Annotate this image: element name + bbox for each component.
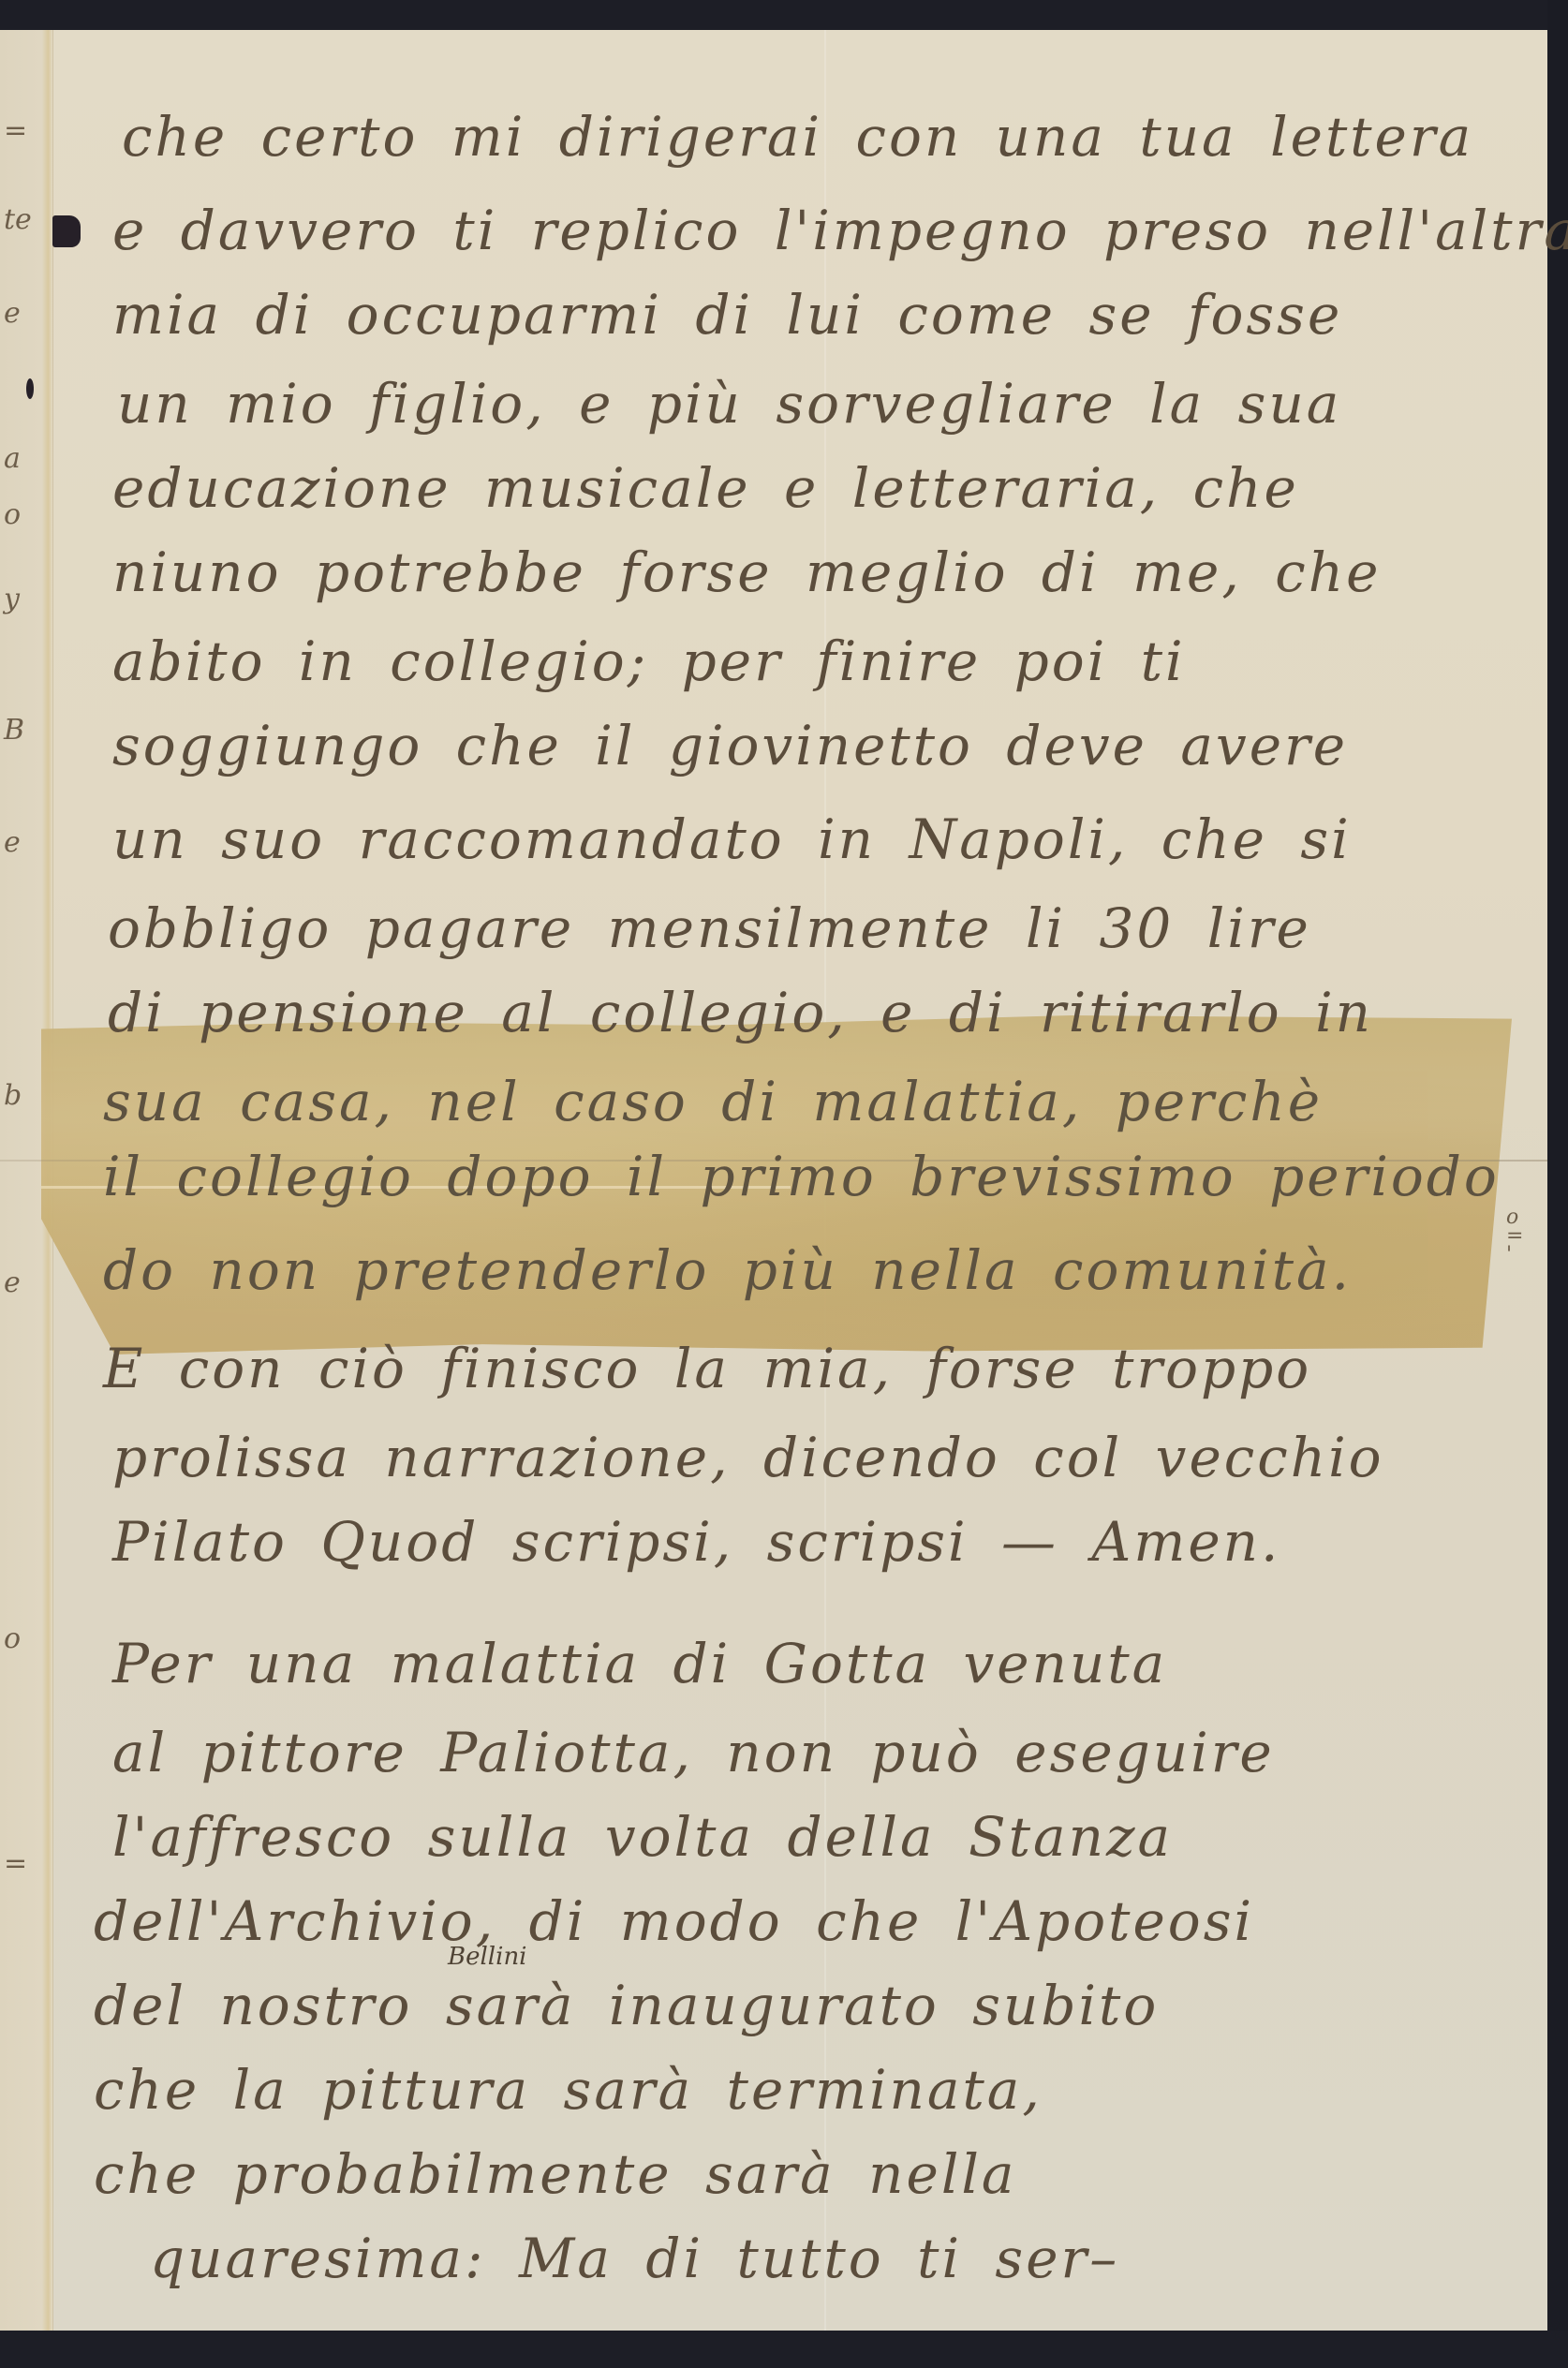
letter-line: E con ciò finisco la mia, forse troppo bbox=[103, 1337, 1311, 1400]
letter-line: abito in collegio; per finire poi ti bbox=[112, 629, 1186, 693]
margin-fragment: y bbox=[4, 583, 20, 615]
margin-fragment: e bbox=[4, 826, 21, 859]
letter-line: del nostro sarà inaugurato subito bbox=[94, 1974, 1159, 2037]
letter-line: che la pittura sarà terminata, bbox=[94, 2058, 1043, 2122]
letter-line: educazione musicale e letteraria, che bbox=[112, 456, 1299, 520]
letter-line: soggiungo che il giovinetto deve avere bbox=[112, 714, 1348, 777]
interlinear-insertion: Bellini bbox=[448, 1943, 527, 1971]
letter-line: di pensione al collegio, e di ritirarlo … bbox=[108, 981, 1373, 1044]
letter-line: prolissa narrazione, dicendo col vecchio bbox=[112, 1426, 1384, 1489]
ink-spot bbox=[26, 378, 34, 399]
letter-line: dell'Archivio, di modo che l'Apoteosi bbox=[94, 1889, 1254, 1953]
letter-line: Per una malattia di Gotta venuta bbox=[112, 1632, 1167, 1695]
margin-fragment: = bbox=[4, 1847, 27, 1880]
margin-fragment: e bbox=[4, 297, 21, 330]
letter-line: niuno potrebbe forse meglio di me, che bbox=[112, 540, 1381, 604]
letter-line: un mio figlio, e più sorvegliare la sua bbox=[117, 372, 1341, 436]
margin-fragment: e bbox=[4, 1266, 21, 1299]
margin-fragment: ' bbox=[1506, 1243, 1512, 1266]
letter-line: che probabilmente sarà nella bbox=[94, 2142, 1017, 2206]
margin-fragment: te bbox=[4, 203, 32, 236]
letter-line: al pittore Paliotta, non può eseguire bbox=[112, 1721, 1275, 1784]
letter-line: obbligo pagare mensilmente li 30 lire bbox=[108, 896, 1311, 960]
margin-fragment: = bbox=[4, 114, 27, 147]
right-margin-fragment: o = ' bbox=[1506, 1208, 1523, 1265]
letter-line-under-tape: il collegio dopo il primo brevissimo per… bbox=[103, 1145, 1500, 1208]
letter-line: che certo mi dirigerai con una tua lette… bbox=[122, 105, 1473, 169]
margin-fragment: o bbox=[4, 1622, 21, 1655]
letter-line-under-tape: sua casa, nel caso di malattia, perchè bbox=[103, 1070, 1323, 1133]
ink-blot bbox=[52, 215, 81, 247]
mount-frame-bottom bbox=[0, 2331, 1568, 2368]
letter-line: l'affresco sulla volta della Stanza bbox=[112, 1805, 1173, 1869]
margin-fragment: a bbox=[4, 442, 21, 475]
letter-line: un suo raccomandato in Napoli, che si bbox=[112, 807, 1352, 871]
letter-line-under-tape: do non pretenderlo più nella comunità. bbox=[103, 1238, 1352, 1302]
mount-frame-right bbox=[1547, 0, 1568, 2368]
letter-line: mia di occuparmi di lui come se fosse bbox=[112, 283, 1342, 347]
margin-fragment: b bbox=[4, 1079, 22, 1112]
letter-line-underlined: Pilato Quod scripsi, scripsi — Amen. bbox=[112, 1510, 1280, 1574]
letter-line: e davvero ti replico l'impegno preso nel… bbox=[112, 199, 1568, 262]
mount-frame-top bbox=[0, 0, 1568, 30]
letter-line: quaresima: Ma di tutto ti ser– bbox=[150, 2227, 1119, 2290]
margin-fragment: B bbox=[4, 714, 24, 747]
letter-page: = te e a o y B e b e o = che certo mi di… bbox=[0, 30, 1547, 2331]
margin-fragment: o bbox=[4, 498, 21, 531]
